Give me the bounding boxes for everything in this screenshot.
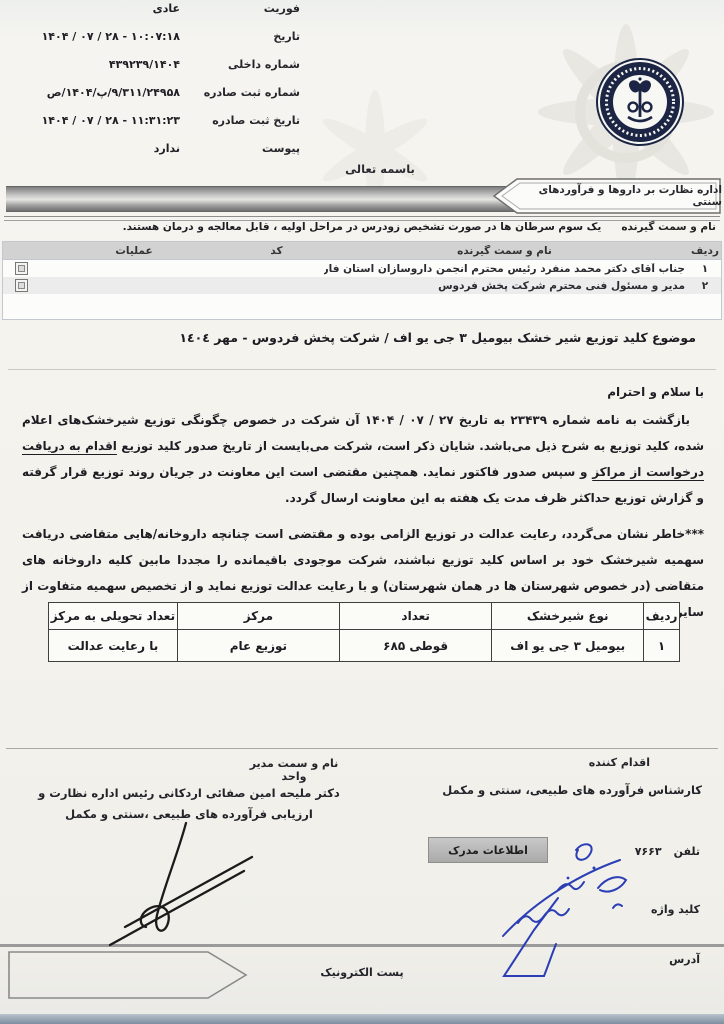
subject-divider	[8, 369, 716, 370]
col-header-name: نام و سمت گیرنده	[324, 245, 689, 257]
letter-body: با سلام و احترام بازگشت به نامه شماره ۲۳…	[22, 379, 704, 625]
phone-label: تلفن	[674, 845, 700, 858]
col-header-code: کد	[229, 245, 324, 257]
delivered-count: با رعایت عدالت	[49, 630, 178, 662]
manager-signature	[100, 815, 270, 955]
table-row: ۱ بیومیل ۳ جی یو اف ۶۸۵ قوطی توزیع عام ب…	[49, 630, 680, 662]
header-meta-fields: فوریت عادی تاریخ ۱۰:۰۷:۱۸ - ۲۸ / ۰۷ / ۱۴…	[0, 0, 300, 162]
document-icon[interactable]	[15, 262, 28, 275]
field-label: شماره داخلی	[194, 58, 300, 71]
arrow-outline-box	[8, 951, 248, 999]
university-medical-seal-icon	[594, 55, 686, 149]
field-label: تاریخ	[194, 30, 300, 43]
field-value: ۱۰:۰۷:۱۸ - ۲۸ / ۰۷ / ۱۴۰۴	[42, 30, 180, 43]
col-header-delivered: تعداد تحویلی به مرکز	[49, 603, 178, 630]
field-value: ۱۱:۳۱:۲۳ - ۲۸ / ۰۷ / ۱۴۰۴	[42, 114, 180, 127]
scan-edge-strip	[0, 1014, 724, 1024]
field-label: فوریت	[194, 2, 300, 15]
manager-label: نام و سمت مدیر واحد	[238, 757, 350, 783]
department-banner: اداره نظارت بر داروها و فرآوردهای سنتی	[492, 177, 722, 215]
meta-row-outgoing-date: تاریخ ثبت صادره ۱۱:۳۱:۲۳ - ۲۸ / ۰۷ / ۱۴۰…	[0, 106, 300, 134]
row-number: ۱	[644, 630, 680, 662]
scanned-letter-page: فوریت عادی تاریخ ۱۰:۰۷:۱۸ - ۲۸ / ۰۷ / ۱۴…	[0, 0, 724, 1024]
keyword-label: کلید واژه	[651, 903, 700, 916]
distribution-center: توزیع عام	[177, 630, 339, 662]
col-header-type: نوع شیرخشک	[492, 603, 644, 630]
meta-row-urgency: فوریت عادی	[0, 0, 300, 22]
milk-count: ۶۸۵ قوطی	[339, 630, 491, 662]
col-header-row: ردیف	[689, 245, 721, 257]
field-value: ندارد	[154, 142, 180, 155]
distribution-header-row: ردیف نوع شیرخشک تعداد مرکز تعداد تحویلی …	[49, 603, 680, 630]
milk-type: بیومیل ۳ جی یو اف	[492, 630, 644, 662]
field-value: ۴۳۹۲۳۹/۱۴۰۴	[109, 58, 180, 71]
bismillah-text: باسمه تعالی	[330, 162, 430, 176]
department-banner-label: اداره نظارت بر داروها و فرآوردهای سنتی	[492, 177, 722, 215]
health-slogan: یک سوم سرطان ها در صورت تشخیص زودرس در م…	[0, 221, 724, 233]
paragraph-1-pre: بازگشت به نامه شماره ۲۳۴۳۹ به تاریخ ۲۷ /…	[22, 413, 704, 453]
actor-label: اقدام کننده	[589, 756, 650, 769]
col-header-count: تعداد	[339, 603, 491, 630]
greeting: با سلام و احترام	[22, 379, 704, 405]
field-value: ۹/۳۱۱/۲۴۹۵۸/پ/۱۴۰۴/ص	[47, 86, 180, 99]
paragraph-1: بازگشت به نامه شماره ۲۳۴۳۹ به تاریخ ۲۷ /…	[22, 407, 704, 511]
table-row: ۲ مدیر و مسئول فنی محترم شرکت پخش فردوس	[3, 277, 721, 294]
field-value: عادی	[153, 2, 180, 15]
recipient-name: مدیر و مسئول فنی محترم شرکت پخش فردوس	[324, 280, 689, 292]
address-label: آدرس	[669, 953, 700, 966]
actor-name: کارشناس فرآورده های طبیعی، سنتی و مکمل	[442, 783, 702, 797]
subject-line: موضوع کلید توزیع شیر خشک بیومیل ۳ جی یو …	[30, 330, 696, 345]
meta-row-attachment: پیوست ندارد	[0, 134, 300, 162]
recipient-bar: یک سوم سرطان ها در صورت تشخیص زودرس در م…	[0, 221, 724, 239]
meta-row-outgoing-number: شماره ثبت صادره ۹/۳۱۱/۲۴۹۵۸/پ/۱۴۰۴/ص	[0, 78, 300, 106]
row-action-cell	[3, 262, 39, 275]
col-header-center: مرکز	[177, 603, 339, 630]
col-header-row: ردیف	[644, 603, 680, 630]
footer-divider	[6, 748, 718, 749]
document-icon[interactable]	[15, 279, 28, 292]
row-number: ۱	[689, 263, 721, 275]
meta-row-internal-number: شماره داخلی ۴۳۹۲۳۹/۱۴۰۴	[0, 50, 300, 78]
handwritten-blue-note	[448, 828, 653, 986]
field-label: شماره ثبت صادره	[194, 86, 300, 99]
row-number: ۲	[689, 280, 721, 292]
recipient-bar-label: نام و سمت گیرنده	[621, 221, 716, 233]
recipients-table: ردیف نام و سمت گیرنده کد عملیات ۱ جناب آ…	[2, 241, 722, 320]
table-row: ۱ جناب آقای دکتر محمد منفرد رئیس محترم ا…	[3, 260, 721, 277]
recipient-name: جناب آقای دکتر محمد منفرد رئیس محترم انج…	[324, 263, 689, 275]
field-label: پیوست	[194, 142, 300, 155]
field-label: تاریخ ثبت صادره	[194, 114, 300, 127]
row-action-cell	[3, 279, 39, 292]
recipients-header-row: ردیف نام و سمت گیرنده کد عملیات	[3, 242, 721, 260]
meta-row-date: تاریخ ۱۰:۰۷:۱۸ - ۲۸ / ۰۷ / ۱۴۰۴	[0, 22, 300, 50]
col-header-actions: عملیات	[39, 245, 229, 257]
distribution-table: ردیف نوع شیرخشک تعداد مرکز تعداد تحویلی …	[48, 602, 680, 662]
